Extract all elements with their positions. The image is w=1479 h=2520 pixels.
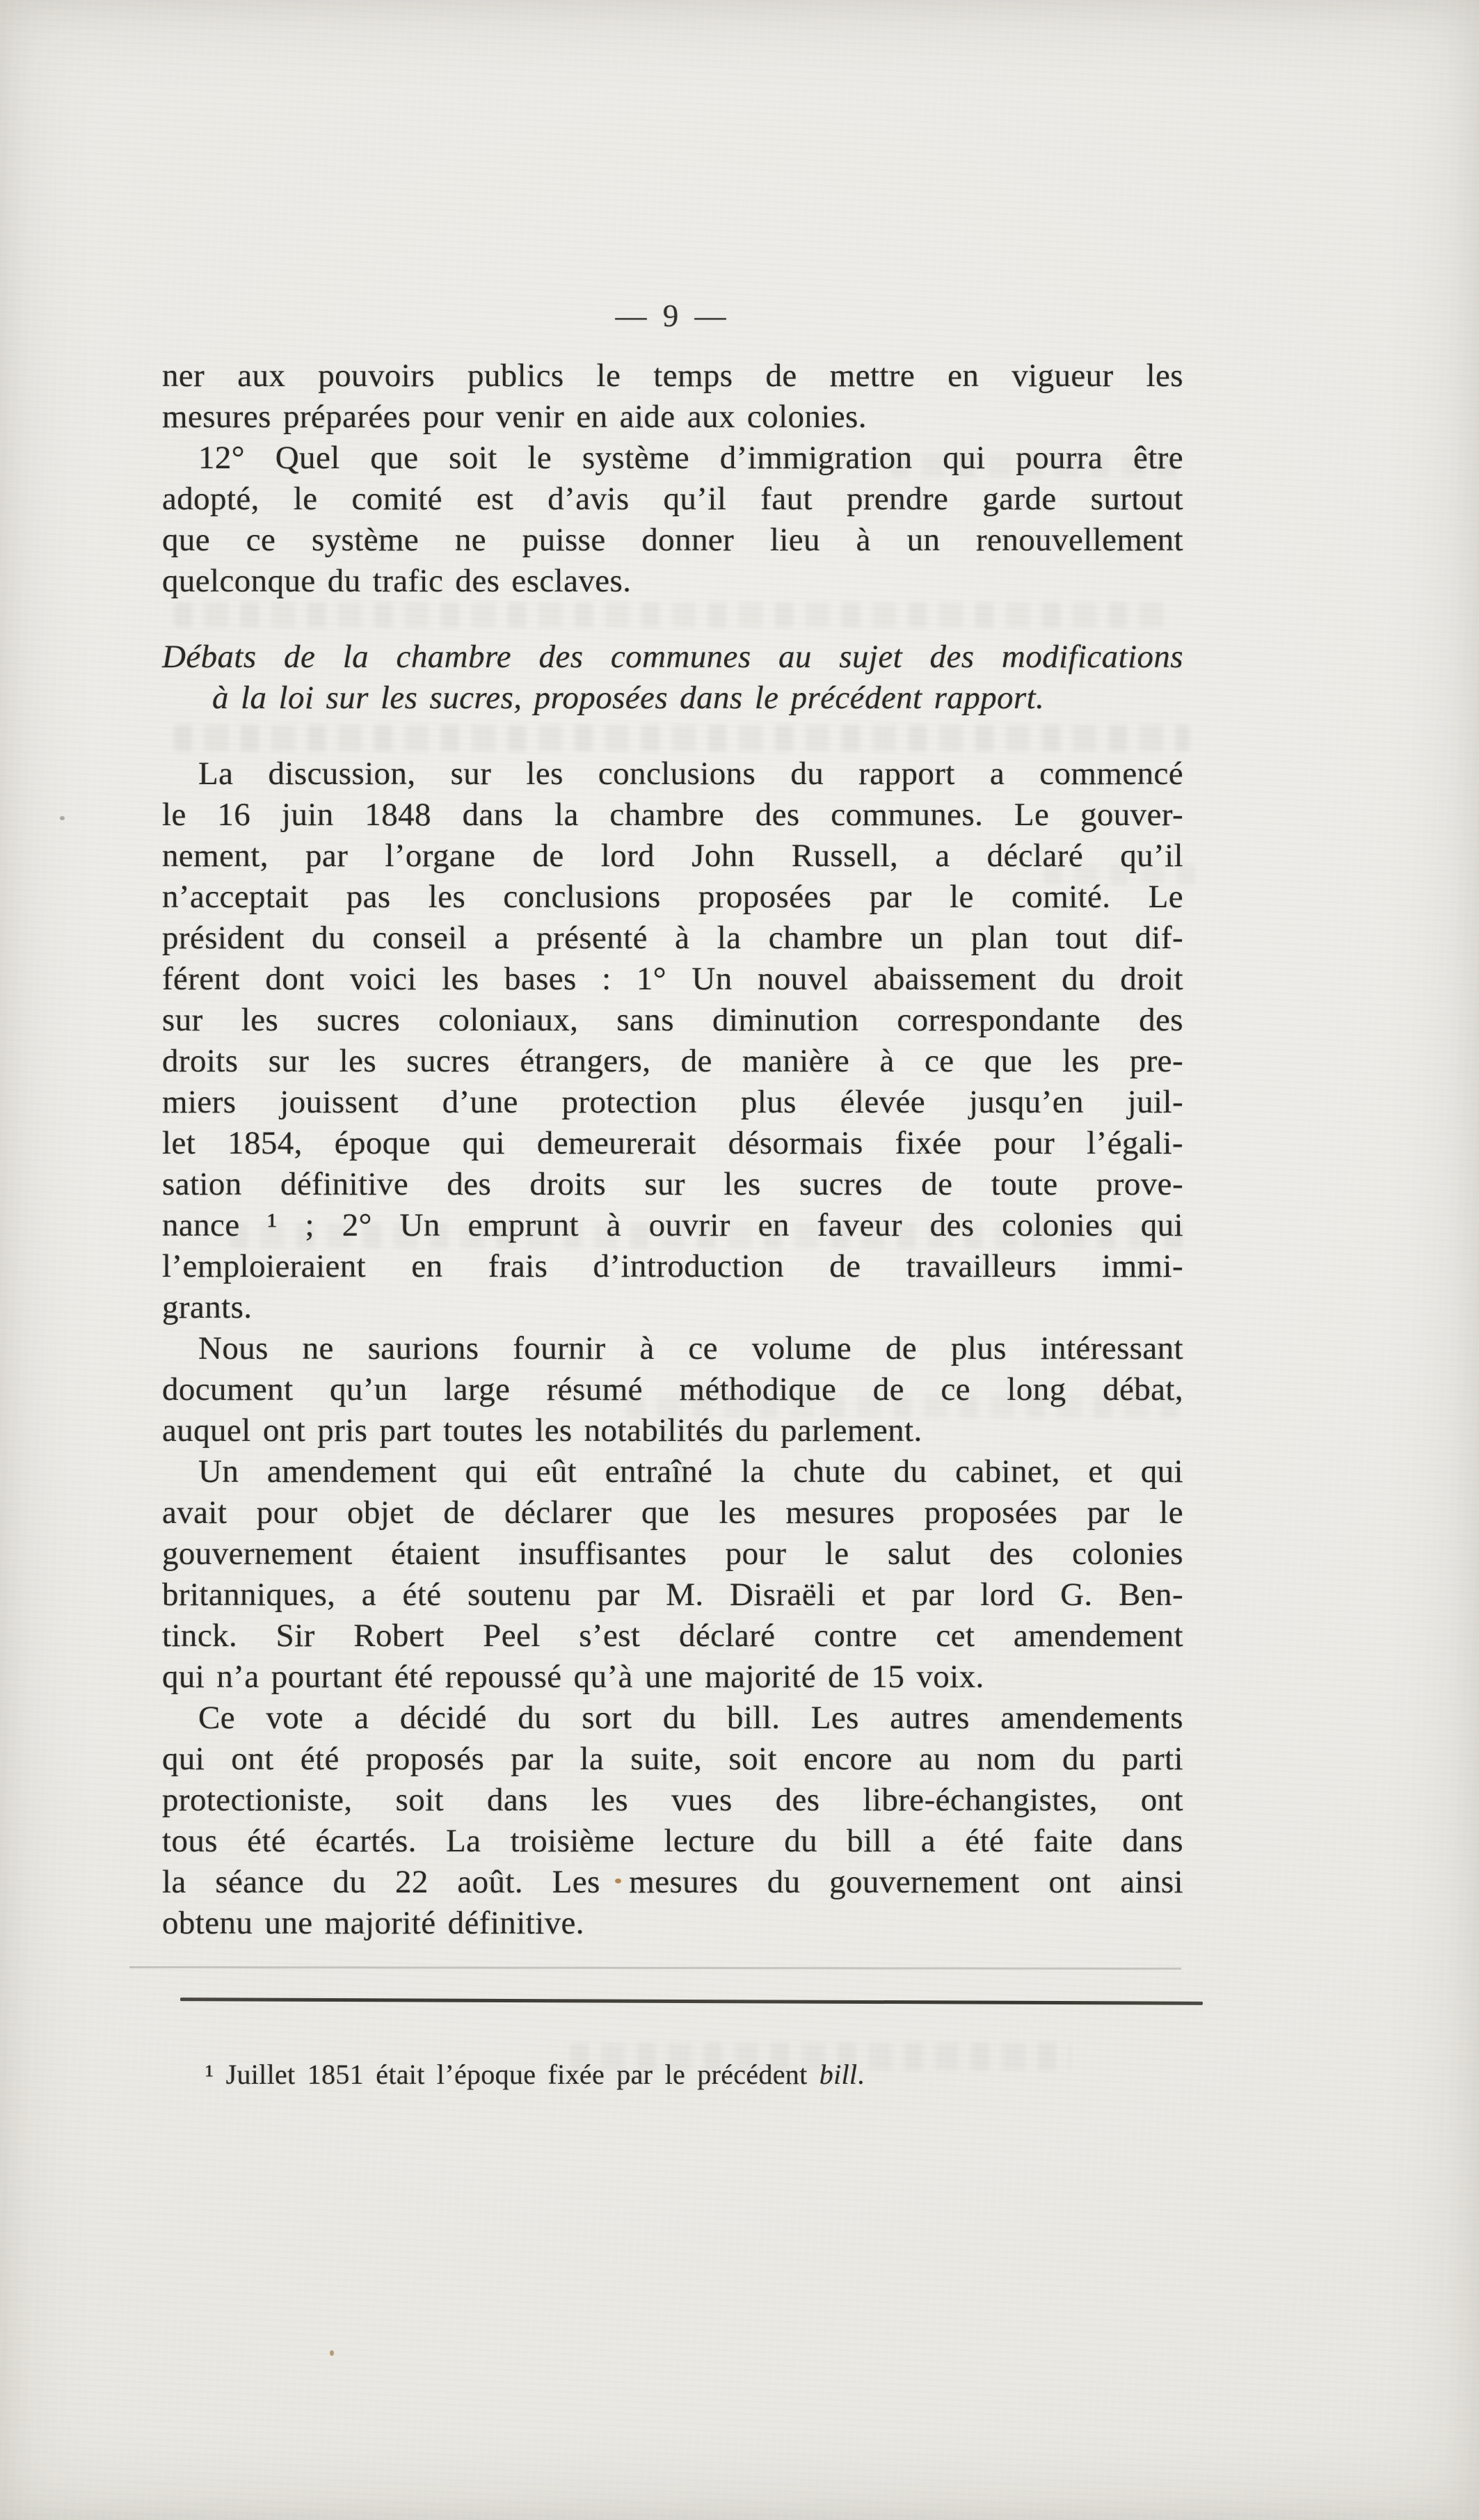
text-line: protectioniste, soit dans les vues des l… (162, 1780, 1183, 1821)
text-line: nance ¹ ; 2° Un emprunt à ouvrir en fave… (162, 1205, 1183, 1246)
text-line: la séance du 22 août. Les mesures du gou… (162, 1862, 1183, 1903)
paragraph: Nous ne saurions fournir à ce volume de … (162, 1328, 1183, 1451)
text-line: sation définitive des droits sur les suc… (162, 1164, 1183, 1205)
text-line: qui n’a pourtant été repoussé qu’à une m… (162, 1657, 1183, 1698)
paragraph: Ce vote a décidé du sort du bill. Les au… (162, 1698, 1183, 1944)
text-column: ner aux pouvoirs publics le temps de met… (162, 356, 1183, 1944)
text-line: Débats de la chambre des communes au suj… (162, 637, 1183, 678)
text-line: droits sur les sucres étrangers, de mani… (162, 1041, 1183, 1082)
paragraph: 12° Quel que soit le système d’immigrati… (162, 438, 1183, 602)
text-line: sur les sucres coloniaux, sans diminutio… (162, 1000, 1183, 1041)
text-line: obtenu une majorité définitive. (162, 1903, 1183, 1944)
footnote-text: ¹ Juillet 1851 était l’époque fixée par … (205, 2059, 820, 2090)
paragraph: La discussion, sur les conclusions du ra… (162, 753, 1183, 1328)
footnote-italic-word: bill (820, 2059, 858, 2090)
text-line: auquel ont pris part toutes les notabili… (162, 1410, 1183, 1451)
scanned-book-page: — 9 — ner aux pouvoirs publics le temps … (0, 0, 1479, 2520)
text-line: miers jouissent d’une protection plus él… (162, 1082, 1183, 1123)
text-line: nement, par l’organe de lord John Russel… (162, 836, 1183, 877)
paper-speck (330, 2350, 334, 2356)
text-line: le 16 juin 1848 dans la chambre des comm… (162, 795, 1183, 836)
text-line: document qu’un large résumé méthodique d… (162, 1369, 1183, 1410)
text-line: britanniques, a été soutenu par M. Disra… (162, 1574, 1183, 1616)
text-line: Un amendement qui eût entraîné la chute … (162, 1451, 1183, 1492)
text-line: gouvernement étaient insuffisantes pour … (162, 1533, 1183, 1574)
footnote-period: . (857, 2059, 864, 2090)
text-line: La discussion, sur les conclusions du ra… (162, 753, 1183, 795)
section-heading: Débats de la chambre des communes au suj… (162, 637, 1183, 719)
text-line: président du conseil a présenté à la cha… (162, 918, 1183, 959)
text-line: férent dont voici les bases : 1° Un nouv… (162, 959, 1183, 1000)
text-line: ner aux pouvoirs publics le temps de met… (162, 356, 1183, 397)
text-line: 12° Quel que soit le système d’immigrati… (162, 438, 1183, 479)
footnote-rule (180, 1997, 1203, 2005)
text-line: mesures préparées pour venir en aide aux… (162, 397, 1183, 438)
text-line: Nous ne saurions fournir à ce volume de … (162, 1328, 1183, 1369)
text-line: n’acceptait pas les conclusions proposée… (162, 877, 1183, 918)
footnote-rule-echo (129, 1966, 1181, 1970)
paper-speck (60, 816, 65, 820)
text-line: à la loi sur les sucres, proposées dans … (162, 678, 1183, 719)
text-line: l’emploieraient en frais d’introduction … (162, 1246, 1183, 1287)
page-number: — 9 — (162, 298, 1183, 334)
paragraph: Un amendement qui eût entraîné la chute … (162, 1451, 1183, 1698)
text-line: qui ont été proposés par la suite, soit … (162, 1739, 1183, 1780)
text-line: tinck. Sir Robert Peel s’est déclaré con… (162, 1616, 1183, 1657)
text-line: avait pour objet de déclarer que les mes… (162, 1492, 1183, 1533)
text-line: quelconque du trafic des esclaves. (162, 561, 1183, 602)
text-line: adopté, le comité est d’avis qu’il faut … (162, 479, 1183, 520)
text-line: que ce système ne puisse donner lieu à u… (162, 520, 1183, 561)
text-line: grants. (162, 1287, 1183, 1328)
text-line: tous été écartés. La troisième lecture d… (162, 1821, 1183, 1862)
footnote: ¹ Juillet 1851 était l’époque fixée par … (162, 2057, 1183, 2093)
text-line: Ce vote a décidé du sort du bill. Les au… (162, 1698, 1183, 1739)
text-line: let 1854, époque qui demeurerait désorma… (162, 1123, 1183, 1164)
paragraph: ner aux pouvoirs publics le temps de met… (162, 356, 1183, 438)
